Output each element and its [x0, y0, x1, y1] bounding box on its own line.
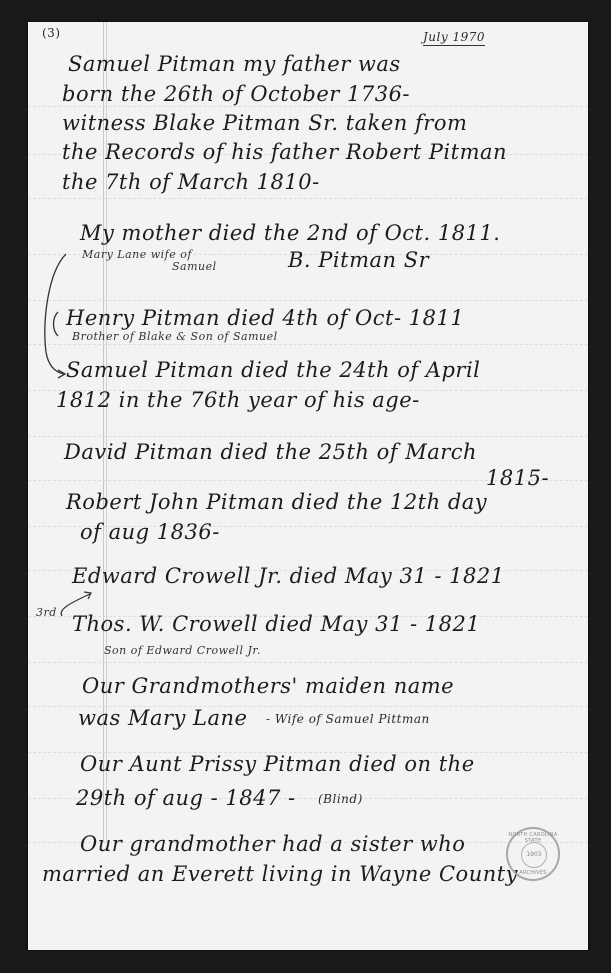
text-line: married an Everett living in Wayne Count…: [42, 862, 518, 886]
annotation-blind: (Blind): [318, 792, 363, 806]
stamp-year: 1903: [521, 842, 547, 868]
annotation-thos: Son of Edward Crowell Jr.: [104, 644, 261, 657]
ruled-line: [28, 662, 588, 663]
text-line: B. Pitman Sr: [288, 248, 429, 272]
annotation-mary-lane-wife: - Wife of Samuel Pittman: [266, 712, 430, 726]
text-line: Our Aunt Prissy Pitman died on the: [80, 752, 475, 776]
text-line: Our grandmother had a sister who: [80, 832, 465, 856]
document-page: (3) July 1970 Samuel Pitman my father wa…: [28, 22, 588, 950]
text-line: 1815-: [486, 466, 549, 490]
archive-stamp: NORTH CAROLINA STATE 1903 ARCHIVES: [506, 827, 560, 881]
text-line: Our Grandmothers' maiden name: [82, 674, 454, 698]
annotation-samuel: Samuel: [172, 260, 217, 273]
arrow-icon: [28, 22, 148, 642]
stamp-text-bottom: ARCHIVES: [508, 870, 558, 876]
text-line: 29th of aug - 1847 -: [76, 786, 296, 810]
text-line: Thos. W. Crowell died May 31 - 1821: [72, 612, 480, 636]
date-note: July 1970: [423, 30, 485, 46]
text-line: was Mary Lane: [78, 706, 247, 730]
